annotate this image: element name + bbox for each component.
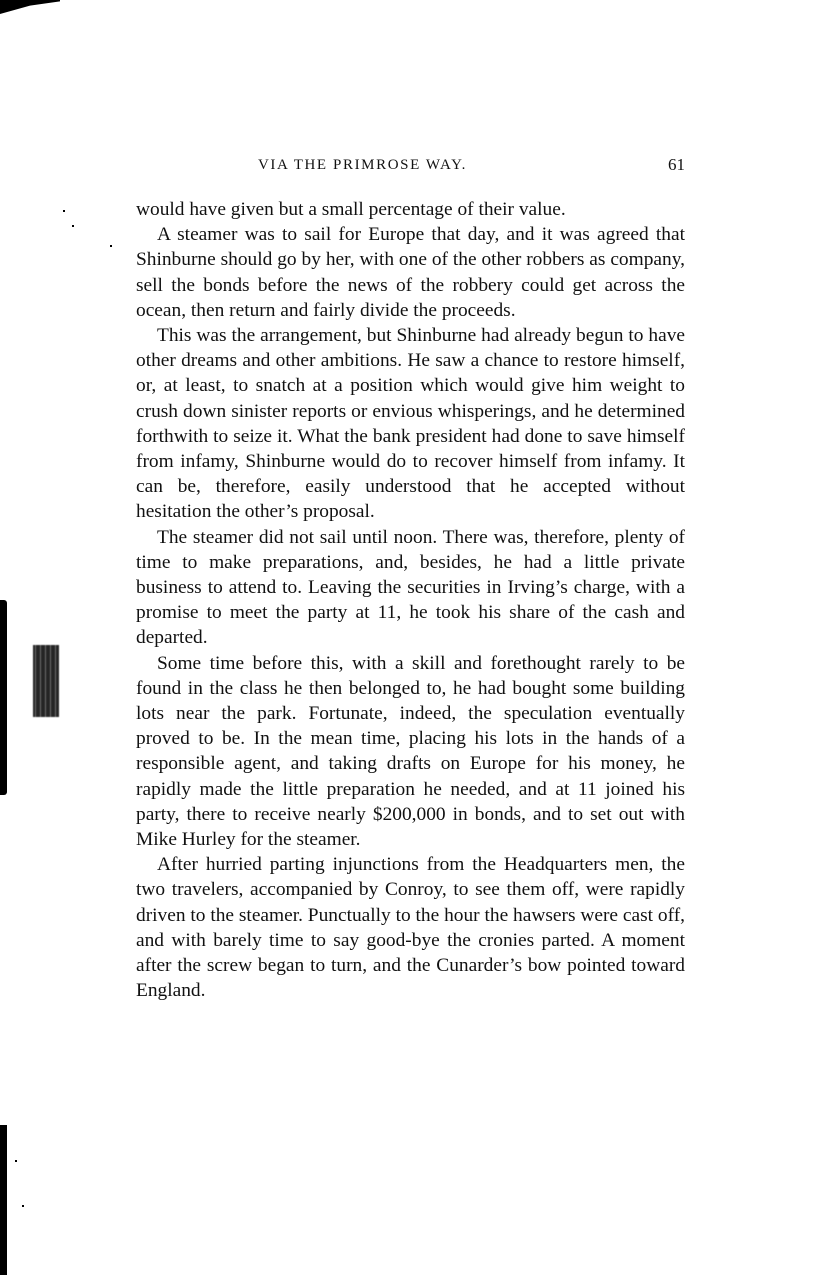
running-head: Via the Primrose Way. xyxy=(258,157,467,174)
scan-binding-smudge xyxy=(33,645,59,717)
scan-speck xyxy=(15,1160,17,1162)
book-page: Via the Primrose Way. 61 would have give… xyxy=(0,0,824,1275)
paragraph: This was the arrangement, but Shinburne … xyxy=(136,323,685,525)
paragraph: After hurried parting injunctions from t… xyxy=(136,852,685,1003)
page-number: 61 xyxy=(668,155,685,175)
scan-speck xyxy=(110,245,112,247)
paragraph: A steamer was to sail for Europe that da… xyxy=(136,222,685,323)
page-header: Via the Primrose Way. 61 xyxy=(258,157,688,181)
scan-speck xyxy=(63,210,65,212)
body-text: would have given but a small percentage … xyxy=(136,197,685,1004)
scan-speck xyxy=(72,225,74,227)
paragraph: would have given but a small percentage … xyxy=(136,197,685,222)
scan-edge-shadow-bottom xyxy=(0,1125,7,1275)
paragraph: Some time before this, with a skill and … xyxy=(136,651,685,853)
scan-corner-shadow xyxy=(0,0,60,14)
scan-edge-shadow xyxy=(0,600,7,795)
scan-speck xyxy=(22,1205,24,1207)
paragraph: The steamer did not sail until noon. The… xyxy=(136,525,685,651)
